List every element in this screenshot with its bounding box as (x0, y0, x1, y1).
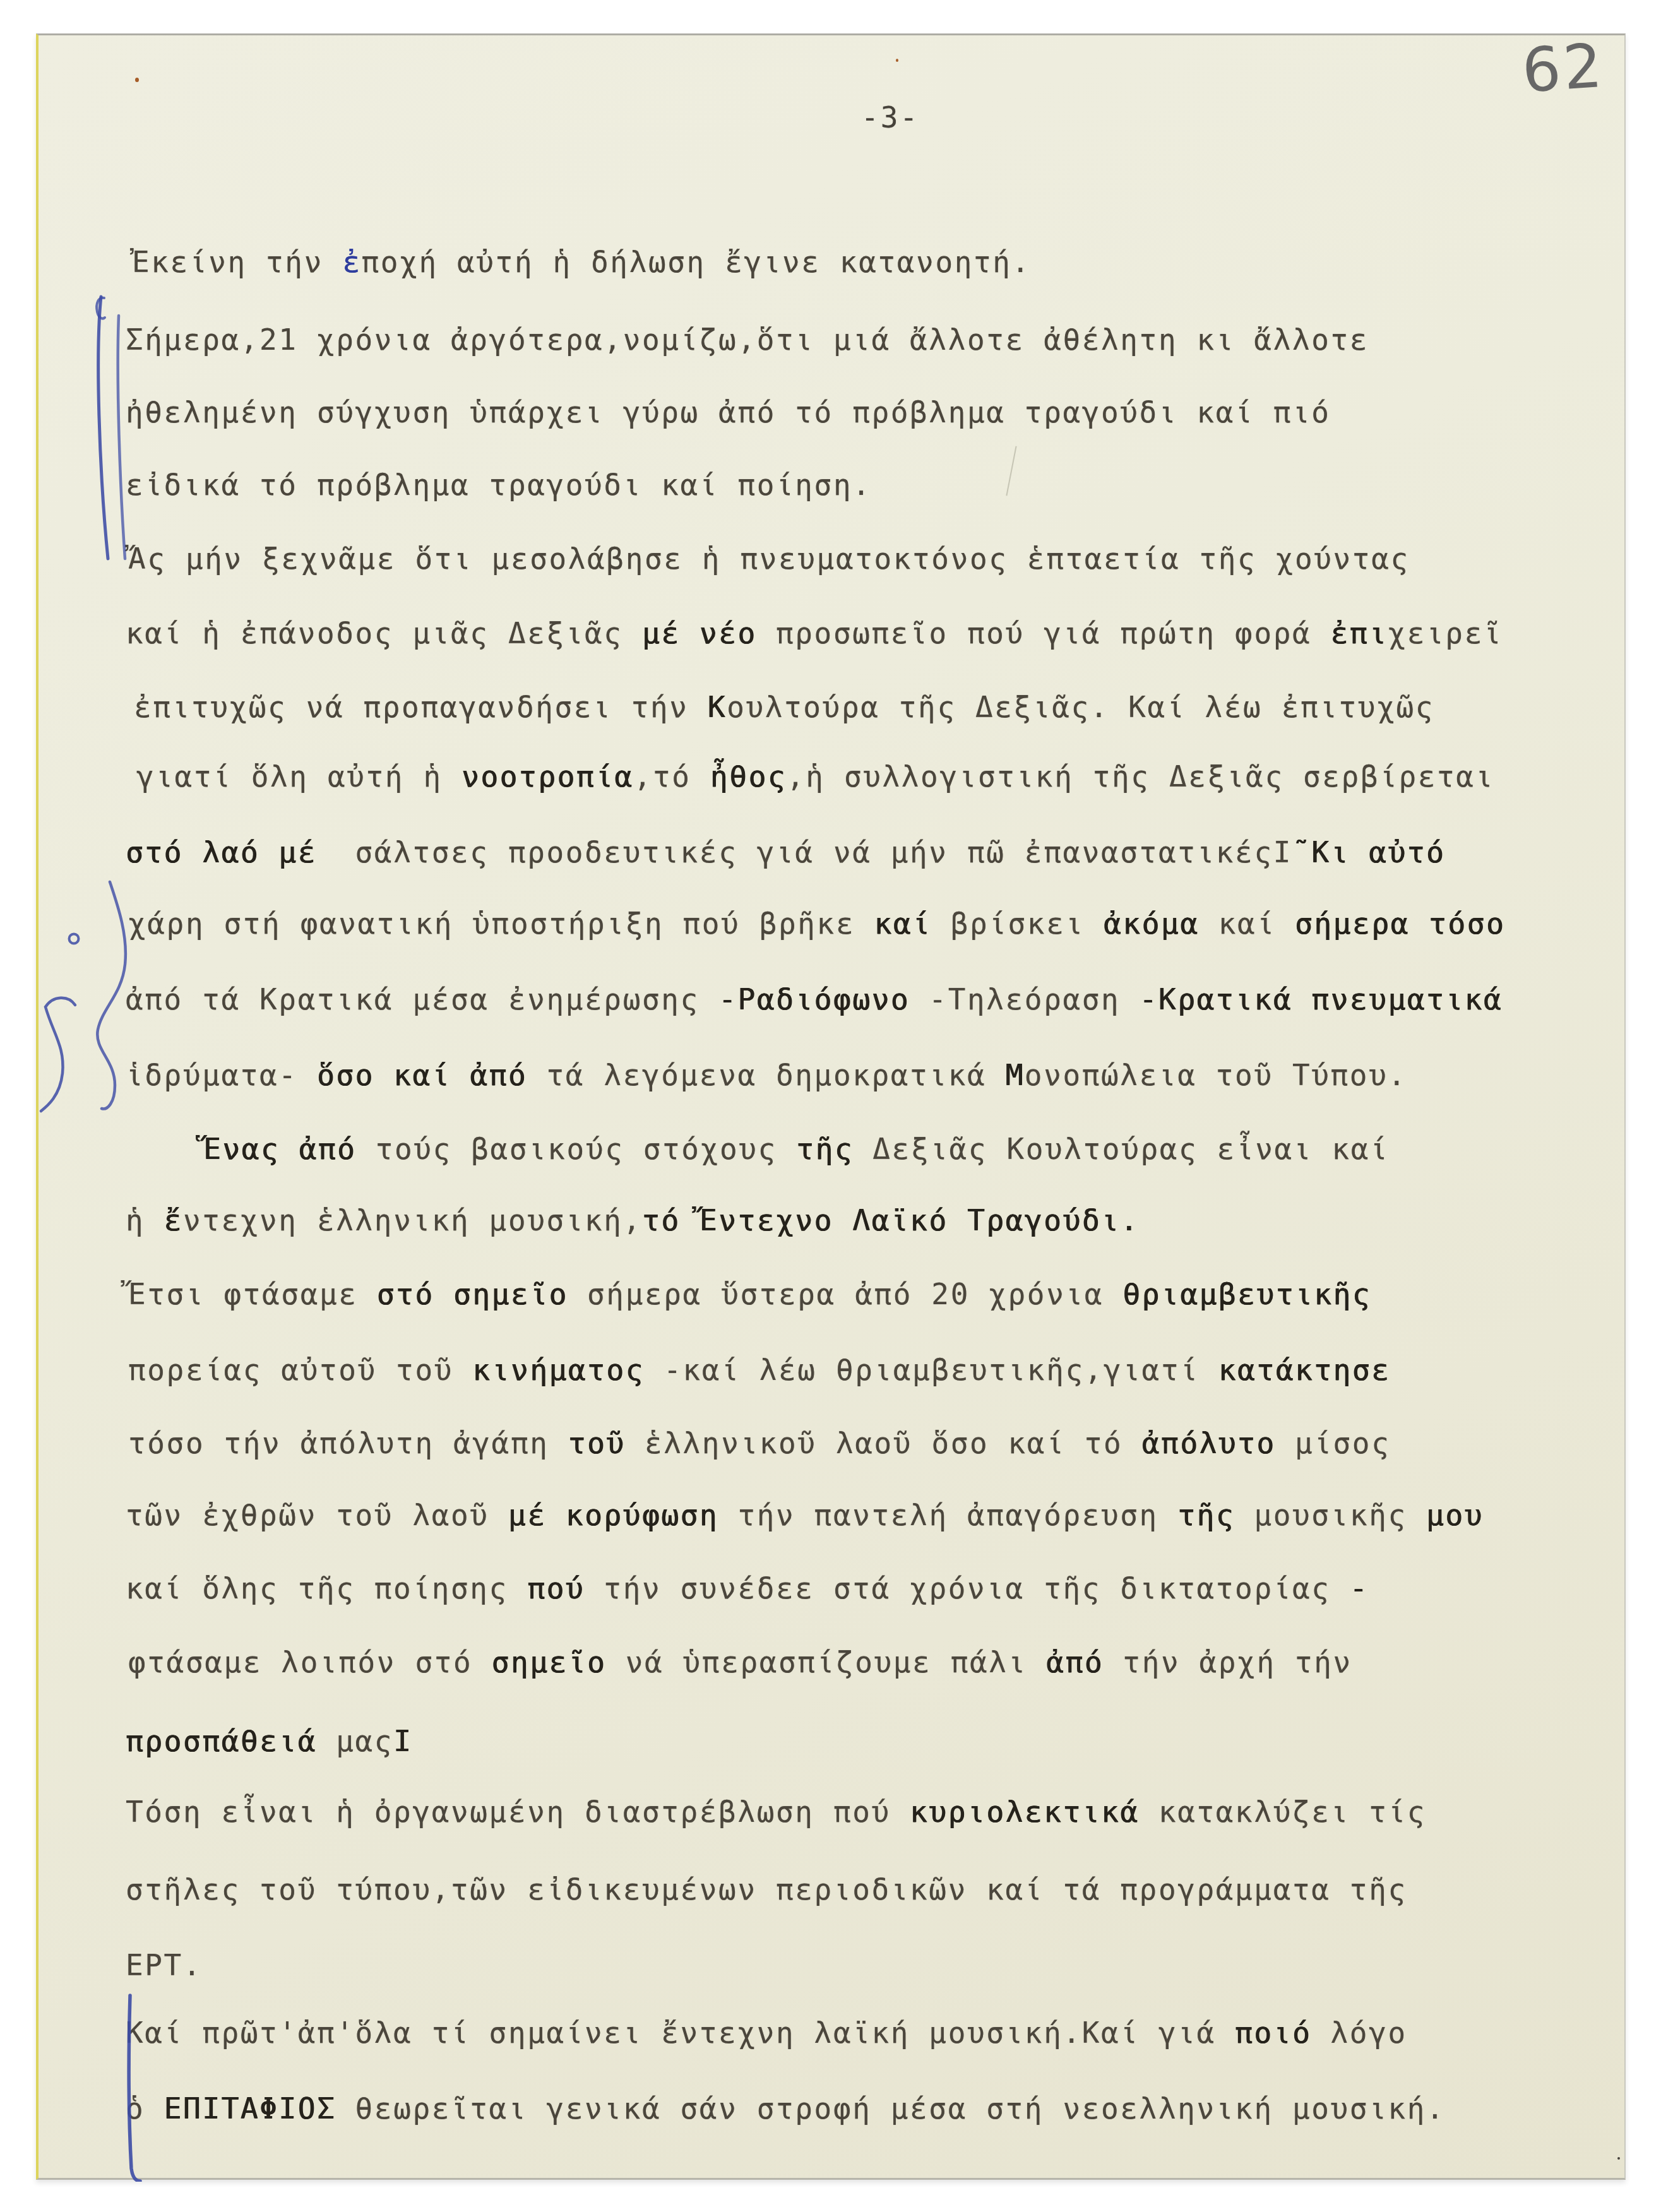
paper-speck (135, 78, 139, 82)
typed-line: ἡ ἔντεχνη ἑλληνική μουσική,τό Ἔντεχνο Λα… (126, 1201, 1140, 1239)
overstruck-bold-text: πού (527, 1571, 585, 1605)
overstruck-bold-text: νοοτροπία (461, 759, 634, 794)
overstruck-bold-text: Μ (1006, 1058, 1025, 1092)
typed-text: χειρεῖ (1388, 616, 1503, 650)
typed-text: σήμερα ὕστερα ἀπό 20 χρόνια (568, 1277, 1123, 1311)
double-vertical-line-stroke-1 (98, 297, 108, 559)
overstruck-bold-text: -Κρατικά πνευματικά (1140, 982, 1503, 1016)
overstruck-bold-text: ἀπό (1046, 1645, 1104, 1679)
typed-text: Ἄς μήν ξεχνᾶμε ὅτι μεσολάβησε ἡ πνευματο… (128, 542, 1410, 576)
typed-text: καί (1200, 907, 1295, 941)
overstruck-bold-text: Ι (393, 1724, 412, 1758)
long-brace-curve (97, 882, 126, 1109)
typed-line: ὁ ΕΠΙΤΑΦΙΟΣ θεωρεῖται γενικά σάν στροφή … (126, 2090, 1445, 2127)
typed-text: ουλτούρα τῆς Δεξιᾶς. Καί λέω ἐπιτυχῶς (727, 690, 1434, 724)
typed-text: τά λεγόμενα δημοκρατικά (527, 1058, 1005, 1092)
overstruck-bold-text: θριαμβευτικῆς (1122, 1277, 1371, 1311)
typed-text: καί ὅλης τῆς ποίησης (126, 1571, 527, 1605)
overstruck-bold-text: ἀπόλυτο (1142, 1426, 1276, 1460)
typed-line: καί ἡ ἐπάνοδος μιᾶς Δεξιᾶς μέ νέο προσωπ… (126, 614, 1503, 652)
scan-background: { "document": { "corner_number": "62", "… (0, 0, 1661, 2212)
typed-text: μουσικῆς (1235, 1498, 1426, 1532)
typed-text: γιατί ὅλη αὐτή ἡ (136, 759, 461, 794)
typed-line: ἠθελημένη σύγχυση ὑπάρχει γύρω ἀπό τό πρ… (126, 393, 1331, 431)
typed-line: καί ὅλης τῆς ποίησης πού τήν συνέδεε στά… (126, 1569, 1369, 1607)
handwritten-page-index: 62 (1520, 34, 1607, 103)
typed-text: ἀπό τά Κρατικά μέσα ἐνημέρωσης (126, 982, 718, 1016)
overstruck-bold-text: μέ κορύφωση (508, 1498, 718, 1532)
overstruck-bold-text: ῀Κι αὐτό (1292, 835, 1445, 869)
typed-line: στῆλες τοῦ τύπου,τῶν εἰδικευμένων περιοδ… (126, 1870, 1407, 1908)
overstruck-bold-text: μέ νέο (642, 616, 757, 650)
manuscript-page: 62 -3- Ἐκείνη τήν ἐποχή αὐτή ἡ δήλωση ἔγ… (36, 33, 1626, 2180)
paper-speck (1617, 2157, 1620, 2160)
blue-ink-correction: ἐ (342, 245, 361, 279)
typed-text: λόγο (1311, 2016, 1407, 2050)
typed-text: πορείας αὐτοῦ τοῦ (128, 1353, 472, 1387)
overstruck-bold-text: προσπάθειά (126, 1724, 317, 1758)
overstruck-bold-text: Κ (708, 690, 727, 724)
typed-text: Ἐκείνη τήν (132, 245, 342, 279)
typed-text: προσωπεῖο πού γιά πρώτη φορά (757, 616, 1331, 650)
overstruck-bold-text: - (1350, 1571, 1369, 1605)
typed-line: πορείας αὐτοῦ τοῦ κινήματος -καί λέω θρι… (128, 1351, 1390, 1389)
typed-line: Ἐκείνη τήν ἐποχή αὐτή ἡ δήλωση ἔγινε κατ… (132, 243, 1031, 281)
overstruck-bold-text: στό σημεῖο (377, 1277, 568, 1311)
typed-text: τόσο τήν ἀπόλυτη ἀγάπη (128, 1426, 568, 1460)
margin-circle-mark (69, 934, 79, 944)
typed-text: Ἔτσι φτάσαμε (128, 1277, 377, 1311)
overstruck-bold-text: ὅσο καί ἀπό (317, 1058, 527, 1092)
typed-text: ,τό (634, 759, 710, 794)
overstruck-bold-text: ἦθος (710, 759, 787, 794)
typed-text: ντεχνη ἑλληνική μουσική, (183, 1203, 642, 1237)
typed-text: ποχή αὐτή ἡ δήλωση ἔγινε κατανοητή. (362, 245, 1031, 279)
overstruck-bold-text: Ἕνας ἀπό (203, 1132, 356, 1166)
typed-text: Δεξιᾶς Κουλτούρας εἶναι καί (854, 1132, 1389, 1166)
typed-line: Σήμερα,21 χρόνια ἀργότερα,νομίζω,ὅτι μιά… (126, 321, 1369, 359)
typed-line: προσπάθειά μαςΙ (126, 1722, 412, 1760)
typed-text: -καί λέω θριαμβευτικῆς,γιατί (645, 1353, 1218, 1387)
overstruck-bold-text: τῆς (1177, 1498, 1235, 1532)
paper-speck (896, 59, 898, 62)
overstruck-bold-text: τοῦ (568, 1426, 626, 1460)
overstruck-bold-text: κατάκτησε (1218, 1353, 1391, 1387)
typed-text: μίσος (1276, 1426, 1391, 1460)
typed-text: ονοπώλεια τοῦ Τύπου. (1025, 1058, 1407, 1092)
typed-line: Ἕνας ἀπό τούς βασικούς στόχους τῆς Δεξιᾶ… (203, 1130, 1389, 1168)
typed-text: ΕΡΤ. (126, 1948, 202, 1982)
typed-line: εἰδικά τό πρόβλημα τραγούδι καί ποίηση. (126, 466, 871, 504)
overstruck-bold-text: τό Ἔντεχνο Λαϊκό Τραγούδι. (642, 1203, 1140, 1237)
typed-line: ἱδρύματα- ὅσο καί ἀπό τά λεγόμενα δημοκρ… (126, 1056, 1407, 1094)
overstruck-bold-text: κυριολεκτικά (910, 1795, 1140, 1829)
typed-line: ἀπό τά Κρατικά μέσα ἐνημέρωσης -Ραδιόφων… (126, 980, 1503, 1018)
typed-text: κατακλύζει τίς (1140, 1795, 1426, 1829)
typed-text: νά ὑπερασπίζουμε πάλι (606, 1645, 1046, 1679)
typed-text: εἰδικά τό πρόβλημα τραγούδι καί ποίηση. (126, 468, 871, 502)
typed-line: Ἄς μήν ξεχνᾶμε ὅτι μεσολάβησε ἡ πνευματο… (128, 540, 1410, 578)
typed-text: ὁ (126, 2091, 164, 2126)
typed-line: τῶν ἐχθρῶν τοῦ λαοῦ μέ κορύφωση τήν παντ… (126, 1496, 1484, 1534)
typed-text: βρίσκει (931, 907, 1104, 941)
overstruck-bold-text: ποιό (1235, 2016, 1311, 2050)
typed-text: Τόση εἶναι ἡ ὀργανωμένη διαστρέβλωση πού (126, 1795, 910, 1829)
overstruck-bold-text: τῆς (796, 1132, 854, 1166)
paper-scratch (1006, 446, 1016, 496)
typed-line: ἐπιτυχῶς νά προπαγανδήσει τήν Κουλτούρα … (134, 688, 1434, 726)
typed-line: Καί πρῶτ'ἀπ'ὅλα τί σημαίνει ἔντεχνη λαϊκ… (126, 2014, 1407, 2052)
overstruck-bold-text: μου (1426, 1498, 1484, 1532)
overstruck-bold-text: στό λαό μέ (126, 835, 317, 869)
typed-text: ἡ (126, 1203, 164, 1237)
overstruck-bold-text: κινήματος (472, 1353, 645, 1387)
typed-line: χάρη στή φανατική ὑποστήριξη πού βρῆκε κ… (128, 905, 1505, 942)
typed-text: τήν ἀρχή τήν (1104, 1645, 1352, 1679)
typed-text: σάλτσες προοδευτικές γιά νά μήν πῶ ἐπανα… (317, 835, 1292, 869)
overstruck-bold-text: ἐπι (1331, 616, 1388, 650)
double-vertical-line-stroke-2 (118, 316, 125, 559)
typed-text: Καί πρῶτ'ἀπ'ὅλα τί σημαίνει ἔντεχνη λαϊκ… (126, 2016, 1235, 2050)
typed-line: Τόση εἶναι ἡ ὀργανωμένη διαστρέβλωση πού… (126, 1793, 1426, 1831)
typed-text: Σήμερα,21 χρόνια ἀργότερα,νομίζω,ὅτι μιά… (126, 323, 1369, 357)
typed-text: τούς βασικούς στόχους (356, 1132, 796, 1166)
typed-line: Ἔτσι φτάσαμε στό σημεῖο σήμερα ὕστερα ἀπ… (128, 1275, 1371, 1313)
kai-flourish (41, 998, 75, 1111)
overstruck-bold-text: ΕΠΙΤΑΦΙΟΣ (164, 2091, 336, 2126)
overstruck-bold-text: σημεῖο (492, 1645, 607, 1679)
typed-text: ,ἡ συλλογιστική τῆς Δεξιᾶς σερβίρεται (787, 759, 1494, 794)
double-vertical-line-loop (97, 298, 105, 319)
typed-text: τήν παντελή ἀπαγόρευση (718, 1498, 1177, 1532)
typed-text: ἑλληνικοῦ λαοῦ ὅσο καί τό (626, 1426, 1142, 1460)
typed-line: ΕΡΤ. (126, 1946, 202, 1984)
typed-line: γιατί ὅλη αὐτή ἡ νοοτροπία,τό ἦθος,ἡ συλ… (136, 758, 1494, 795)
typed-text: καί ἡ ἐπάνοδος μιᾶς Δεξιᾶς (126, 616, 642, 650)
overstruck-bold-text: σήμερα τόσο (1295, 907, 1505, 941)
typed-text: τῶν ἐχθρῶν τοῦ λαοῦ (126, 1498, 508, 1532)
typed-text: τήν συνέδεε στά χρόνια τῆς δικτατορίας (585, 1571, 1350, 1605)
overstruck-bold-text: ἔ (164, 1203, 183, 1237)
overstruck-bold-text: -Ραδιόφωνο (718, 982, 910, 1016)
typed-text: στῆλες τοῦ τύπου,τῶν εἰδικευμένων περιοδ… (126, 1872, 1407, 1906)
typed-text: μας (317, 1724, 393, 1758)
typed-line: στό λαό μέ σάλτσες προοδευτικές γιά νά μ… (126, 833, 1445, 871)
overstruck-bold-text: καί (874, 907, 931, 941)
typed-text: φτάσαμε λοιπόν στό (128, 1645, 492, 1679)
typed-text: ἐπιτυχῶς νά προπαγανδήσει τήν (134, 690, 708, 724)
typed-text: χάρη στή φανατική ὑποστήριξη πού βρῆκε (128, 907, 874, 941)
typed-line: φτάσαμε λοιπόν στό σημεῖο νά ὑπερασπίζου… (128, 1643, 1352, 1681)
typed-line: τόσο τήν ἀπόλυτη ἀγάπη τοῦ ἑλληνικοῦ λαο… (128, 1424, 1390, 1462)
typed-page-number: -3- (861, 98, 919, 136)
typed-text: ἱδρύματα- (126, 1058, 317, 1092)
typed-text: -Τηλεόραση (910, 982, 1140, 1016)
typed-text: ἠθελημένη σύγχυση ὑπάρχει γύρω ἀπό τό πρ… (126, 395, 1331, 429)
typed-text: θεωρεῖται γενικά σάν στροφή μέσα στή νεο… (336, 2091, 1445, 2126)
overstruck-bold-text: ἀκόμα (1104, 907, 1199, 941)
